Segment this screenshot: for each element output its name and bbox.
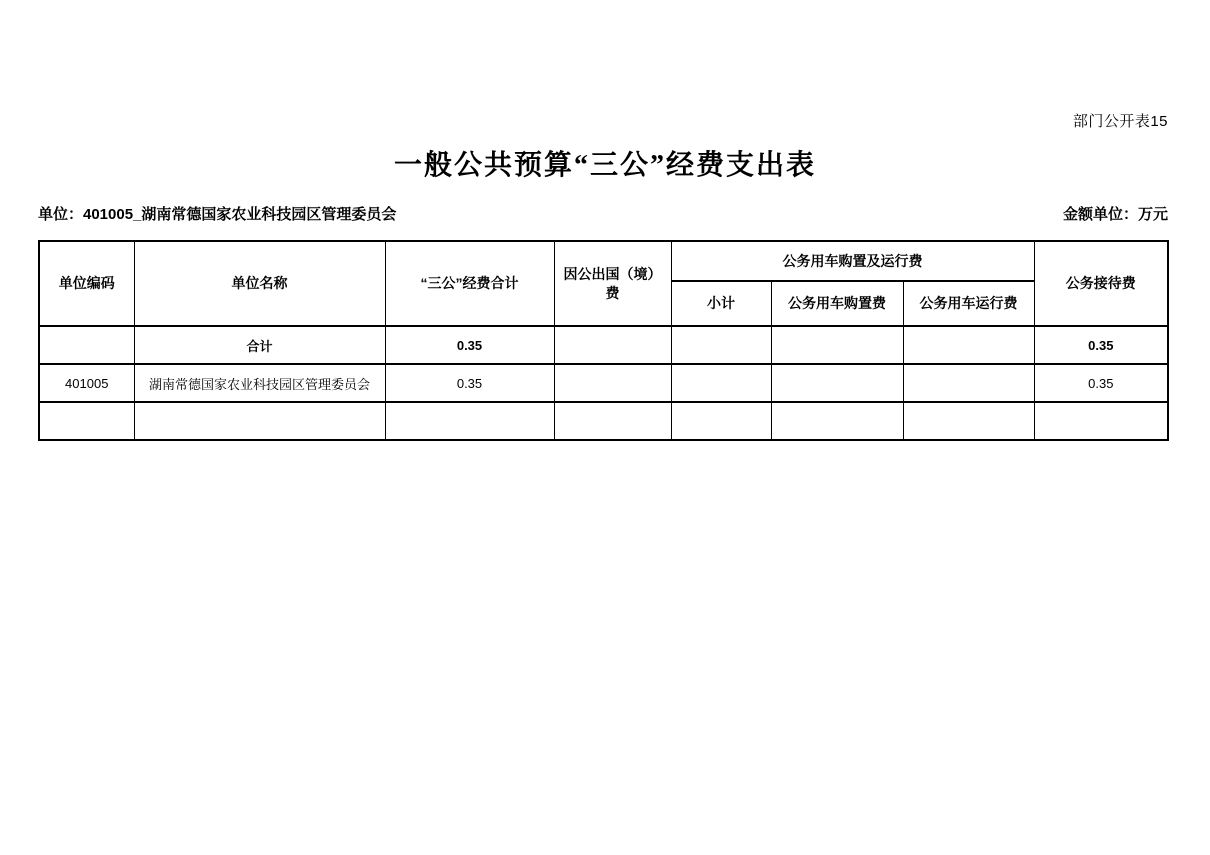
header-vehicle-subtotal: 小计 — [671, 281, 771, 326]
table-row-401005: 401005 湖南常德国家农业科技园区管理委员会 0.35 0.35 — [39, 364, 1168, 402]
cell-unit-name: 合计 — [134, 326, 385, 364]
cell-unit-code — [39, 326, 134, 364]
cell-vehicle-operation — [903, 402, 1034, 440]
cell-reception-fee: 0.35 — [1034, 326, 1168, 364]
cell-unit-name — [134, 402, 385, 440]
table-row-empty — [39, 402, 1168, 440]
cell-reception-fee — [1034, 402, 1168, 440]
cell-vehicle-operation — [903, 364, 1034, 402]
cell-three-public-total: 0.35 — [385, 364, 554, 402]
header-reception-fee: 公务接待费 — [1034, 241, 1168, 326]
cell-vehicle-subtotal — [671, 364, 771, 402]
cell-abroad-fee — [554, 402, 671, 440]
corner-label: 部门公开表15 — [1073, 110, 1168, 131]
cell-vehicle-subtotal — [671, 326, 771, 364]
meta-row: 单位：401005_湖南常德国家农业科技园区管理委员会 金额单位：万元 — [38, 203, 1168, 224]
header-unit-code: 单位编码 — [39, 241, 134, 326]
document-page: 部门公开表15 一般公共预算“三公”经费支出表 单位：401005_湖南常德国家… — [0, 0, 1210, 855]
header-vehicle-group: 公务用车购置及运行费 — [671, 241, 1034, 281]
header-abroad-fee: 因公出国（境）费 — [554, 241, 671, 326]
cell-vehicle-operation — [903, 326, 1034, 364]
cell-abroad-fee — [554, 326, 671, 364]
header-vehicle-operation: 公务用车运行费 — [903, 281, 1034, 326]
cell-vehicle-subtotal — [671, 402, 771, 440]
header-three-public-total: “三公”经费合计 — [385, 241, 554, 326]
cell-vehicle-purchase — [771, 364, 903, 402]
cell-reception-fee: 0.35 — [1034, 364, 1168, 402]
cell-abroad-fee — [554, 364, 671, 402]
amount-unit-label: 金额单位：万元 — [1063, 203, 1168, 224]
header-unit-name: 单位名称 — [134, 241, 385, 326]
table-row-total: 合计 0.35 0.35 — [39, 326, 1168, 364]
cell-three-public-total — [385, 402, 554, 440]
cell-unit-name: 湖南常德国家农业科技园区管理委员会 — [134, 364, 385, 402]
unit-label: 单位：401005_湖南常德国家农业科技园区管理委员会 — [38, 203, 396, 224]
cell-unit-code — [39, 402, 134, 440]
page-title: 一般公共预算“三公”经费支出表 — [0, 143, 1210, 183]
cell-three-public-total: 0.35 — [385, 326, 554, 364]
cell-vehicle-purchase — [771, 402, 903, 440]
three-public-expenses-table: 单位编码 单位名称 “三公”经费合计 因公出国（境）费 公务用车购置及运行费 公… — [38, 240, 1169, 441]
cell-unit-code: 401005 — [39, 364, 134, 402]
header-vehicle-purchase: 公务用车购置费 — [771, 281, 903, 326]
cell-vehicle-purchase — [771, 326, 903, 364]
header-row-1: 单位编码 单位名称 “三公”经费合计 因公出国（境）费 公务用车购置及运行费 公… — [39, 241, 1168, 281]
